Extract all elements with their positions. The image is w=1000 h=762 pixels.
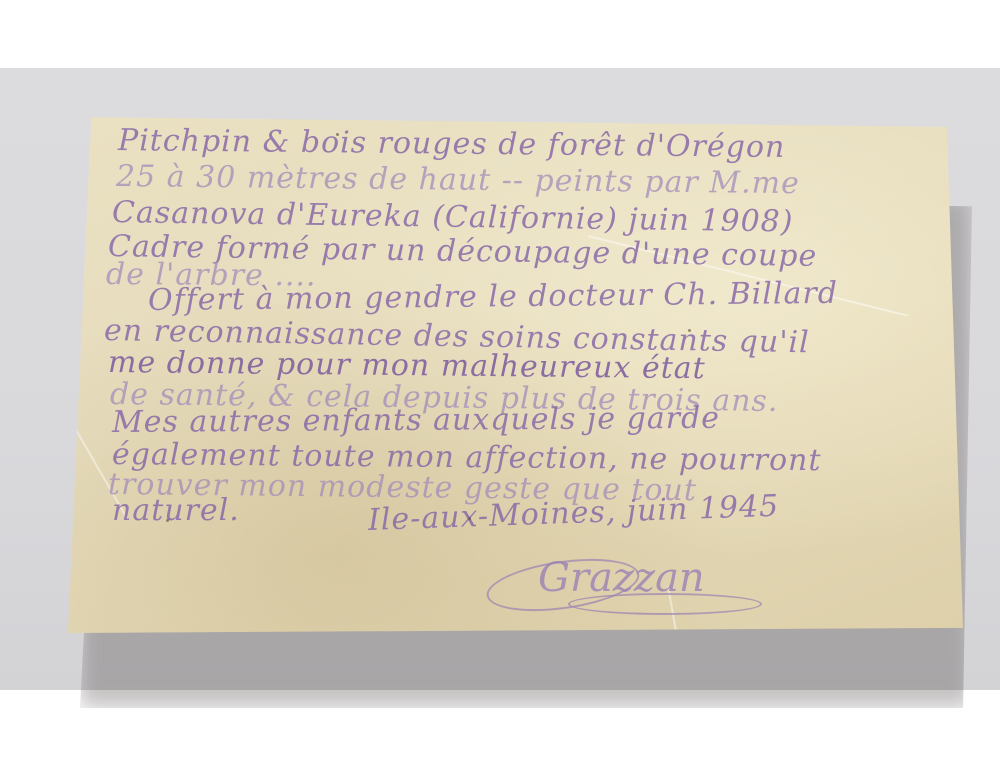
text-line-13: naturel. [112,493,240,528]
speck [468,517,471,520]
signature: Grazzan [538,555,705,601]
speck [336,133,339,136]
speck [166,519,169,522]
text-line-2: 25 à 30 mètres de haut -- peints par M.m… [116,159,800,201]
text-line-1: Pitchpin & bois rouges de forêt d'Orégon [118,123,786,165]
speck [688,329,691,332]
text-line-6: Offert à mon gendre le docteur Ch. Billa… [148,276,838,318]
text-line-10: Mes autres enfants auxquels je garde [112,401,720,440]
handwritten-card: Pitchpin & bois rouges de forêt d'Orégon… [68,115,963,633]
handwriting: Pitchpin & bois rouges de forêt d'Orégon… [68,115,963,633]
photo-background: Pitchpin & bois rouges de forêt d'Orégon… [0,68,1000,690]
